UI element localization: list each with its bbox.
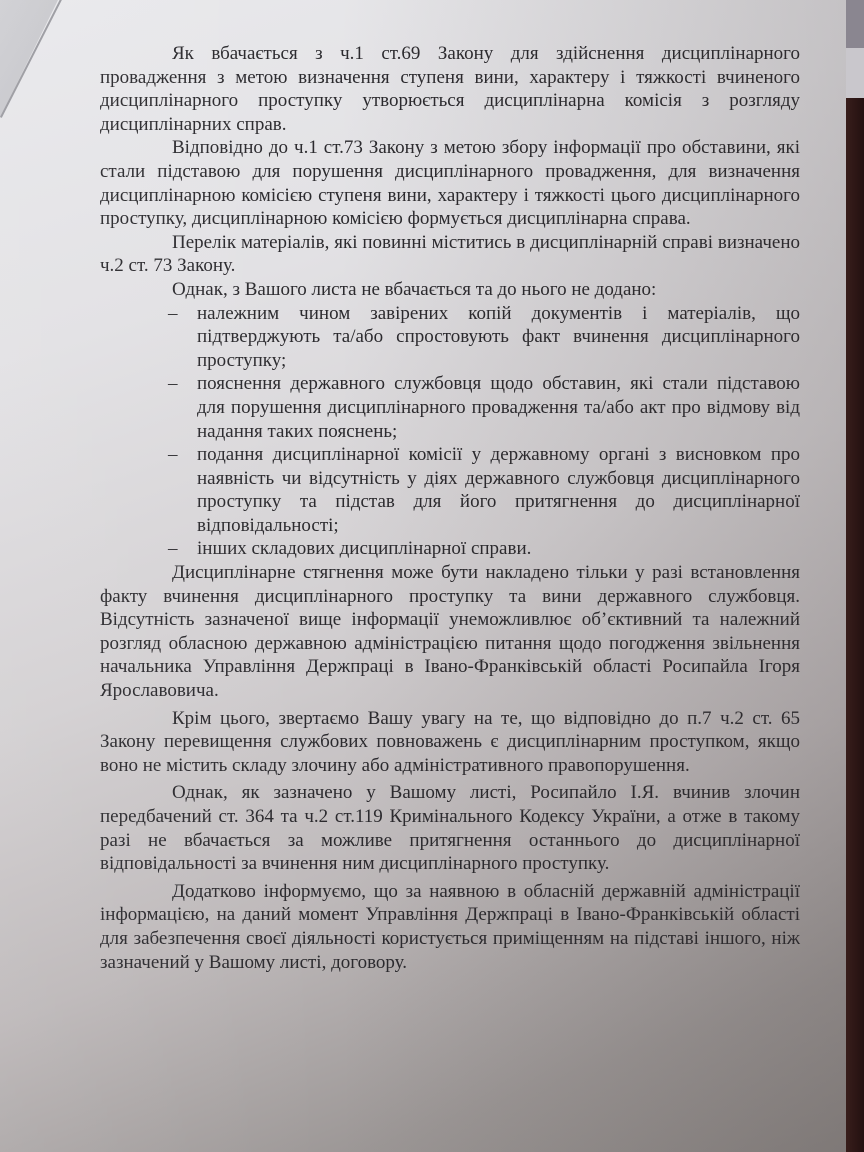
list-item: – належним чином завірених копій докумен… [100, 302, 800, 373]
dash-bullet-icon: – [168, 372, 178, 396]
background-object-light [844, 48, 864, 98]
desk-surface [844, 0, 864, 1152]
paragraph-disciplinary-case: Відповідно до ч.1 ст.73 Закону з метою з… [100, 136, 800, 230]
missing-items-list: – належним чином завірених копій докумен… [100, 302, 800, 562]
paragraph-penalty-conditions: Дисциплінарне стягнення може бути наклад… [100, 561, 800, 703]
missing-items-intro: Однак, з Вашого листа не вбачається та д… [100, 278, 800, 302]
document-page: Як вбачається з ч.1 ст.69 Закону для зді… [0, 0, 846, 1152]
photo-scene: Як вбачається з ч.1 ст.69 Закону для зді… [0, 0, 864, 1152]
paragraph-materials-list: Перелік матеріалів, які повинні міститис… [100, 231, 800, 278]
list-item-text: подання дисциплінарної комісії у державн… [197, 444, 800, 536]
paragraph-abuse-of-power: Крім цього, звертаємо Вашу увагу на те, … [100, 707, 800, 778]
paragraph-commission: Як вбачається з ч.1 ст.69 Закону для зді… [100, 42, 800, 136]
background-object [844, 0, 864, 48]
list-item: – пояснення державного службовця щодо об… [100, 372, 800, 443]
paragraph-criminal-offence: Однак, як зазначено у Вашому листі, Роси… [100, 781, 800, 875]
dash-bullet-icon: – [168, 537, 178, 561]
list-item-text: пояснення державного службовця щодо обст… [197, 373, 800, 441]
paragraph-premises-info: Додатково інформуємо, що за наявною в об… [100, 880, 800, 974]
document-body: Як вбачається з ч.1 ст.69 Закону для зді… [100, 42, 800, 974]
list-item-text: належним чином завірених копій документі… [197, 303, 800, 371]
list-item-text: інших складових дисциплінарної справи. [197, 538, 531, 559]
list-item: – подання дисциплінарної комісії у держа… [100, 443, 800, 537]
dash-bullet-icon: – [168, 443, 178, 467]
dash-bullet-icon: – [168, 302, 178, 326]
list-item: – інших складових дисциплінарної справи. [100, 537, 800, 561]
